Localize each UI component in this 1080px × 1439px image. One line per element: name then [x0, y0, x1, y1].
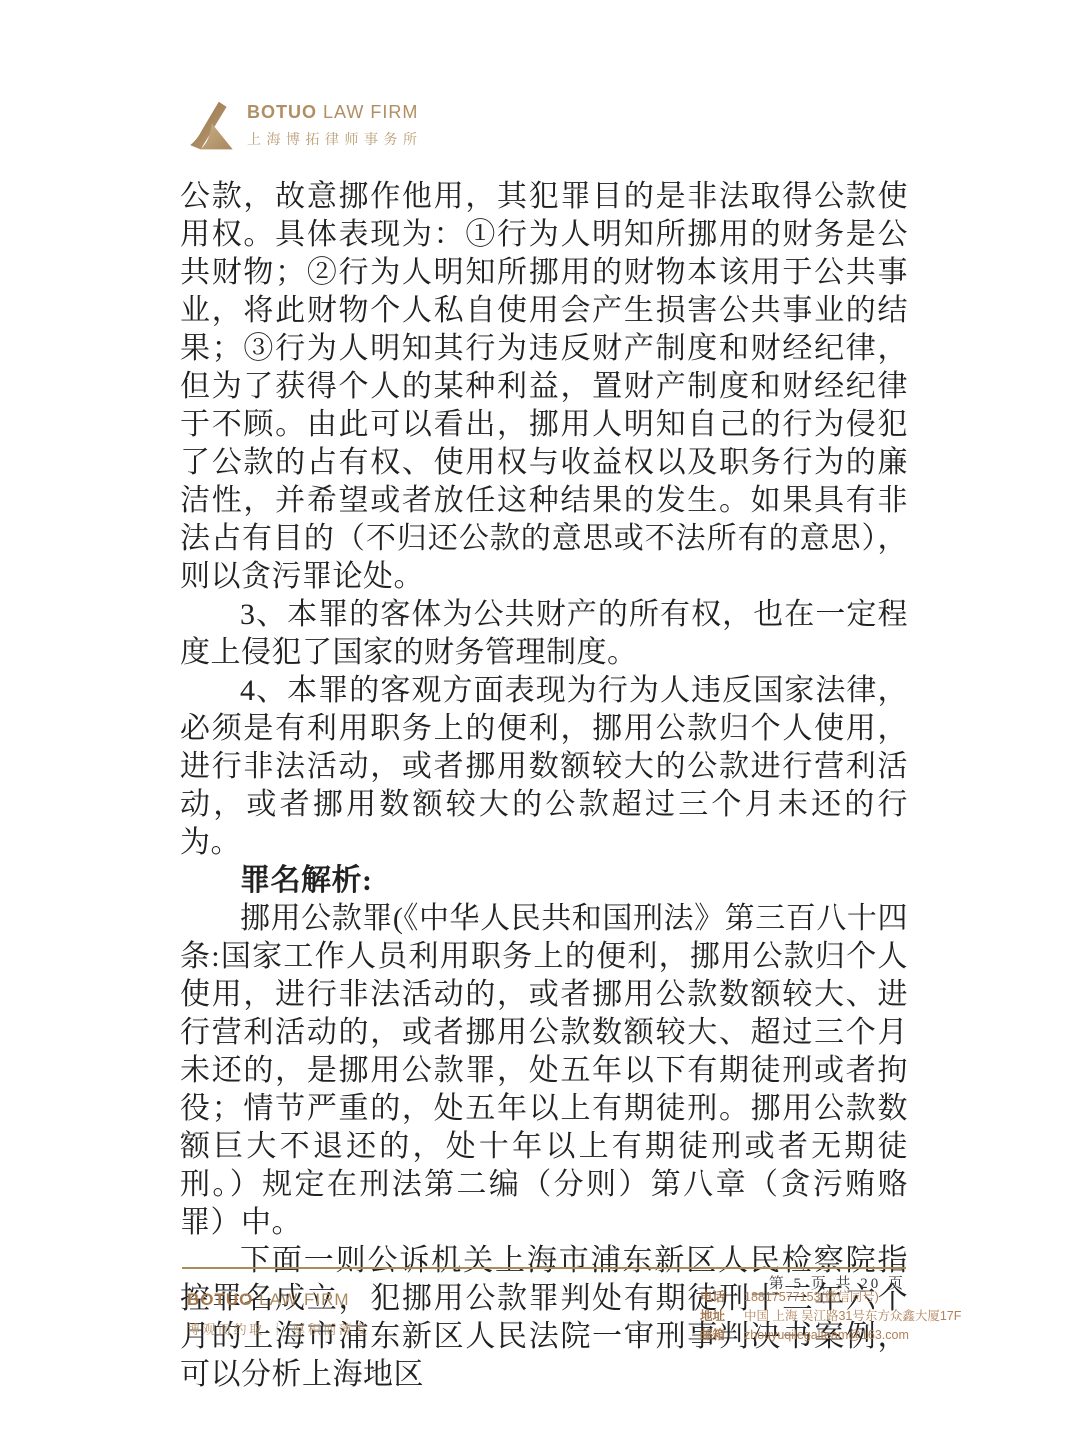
contact-row-email: 邮箱 zhouyuqilegalteam@163.com [700, 1326, 908, 1345]
footer-brand-en-bold: BOTUO [187, 1290, 253, 1309]
paragraph-point-4: 4、本罪的客观方面表现为行为人违反国家法律，必须是有利用职务上的便利，挪用公款归… [180, 672, 908, 862]
email-label: 邮箱 [700, 1326, 730, 1345]
phone-label: 电话 [700, 1288, 730, 1307]
paragraph-section-heading: 罪名解析: [180, 862, 908, 900]
brand-name-cn: 上海博拓律师事务所 [247, 129, 423, 149]
email-value: zhouyuqilegalteam@163.com [744, 1326, 909, 1345]
footer-slogan: 博观而约取 ｜ 厚积而薄发 [187, 1319, 370, 1338]
brand-name-en: BOTUO LAW FIRM [247, 102, 423, 123]
brand-en-bold: BOTUO [247, 102, 317, 122]
footer-brand-block: BOTUO LAW FIRM 博观而约取 ｜ 厚积而薄发 [187, 1290, 370, 1338]
footer-divider [182, 1267, 906, 1269]
address-label: 地址 [700, 1307, 730, 1326]
phone-value: 18817577153(微信同号) [744, 1288, 879, 1307]
address-value: 中国 上海 吴江路31号东方众鑫大厦17F [744, 1307, 961, 1326]
contact-row-address: 地址 中国 上海 吴江路31号东方众鑫大厦17F [700, 1307, 908, 1326]
paragraph-point-3: 3、本罪的客体为公共财产的所有权，也在一定程度上侵犯了国家的财务管理制度。 [180, 596, 908, 672]
paragraph-statute: 挪用公款罪(《中华人民共和国刑法》第三百八十四条:国家工作人员利用职务上的便利，… [180, 900, 908, 1242]
brand-en-rest: LAW FIRM [317, 102, 418, 122]
botuo-logo-icon [185, 98, 237, 154]
header: BOTUO LAW FIRM 上海博拓律师事务所 [185, 98, 423, 154]
footer-brand-en-rest: LAW FIRM [253, 1290, 349, 1309]
document-page: { "header": { "brand_en_bold": "BOTUO", … [0, 0, 1080, 1439]
contact-row-phone: 电话 18817577153(微信同号) [700, 1288, 908, 1307]
footer-contact-block: 电话 18817577153(微信同号) 地址 中国 上海 吴江路31号东方众鑫… [700, 1288, 908, 1345]
header-brand: BOTUO LAW FIRM 上海博拓律师事务所 [247, 98, 423, 149]
footer-brand-name: BOTUO LAW FIRM [187, 1290, 370, 1310]
paragraph-continuation: 公款，故意挪作他用，其犯罪目的是非法取得公款使用权。具体表现为：①行为人明知所挪… [180, 178, 908, 596]
document-body: 公款，故意挪作他用，其犯罪目的是非法取得公款使用权。具体表现为：①行为人明知所挪… [180, 178, 908, 1394]
